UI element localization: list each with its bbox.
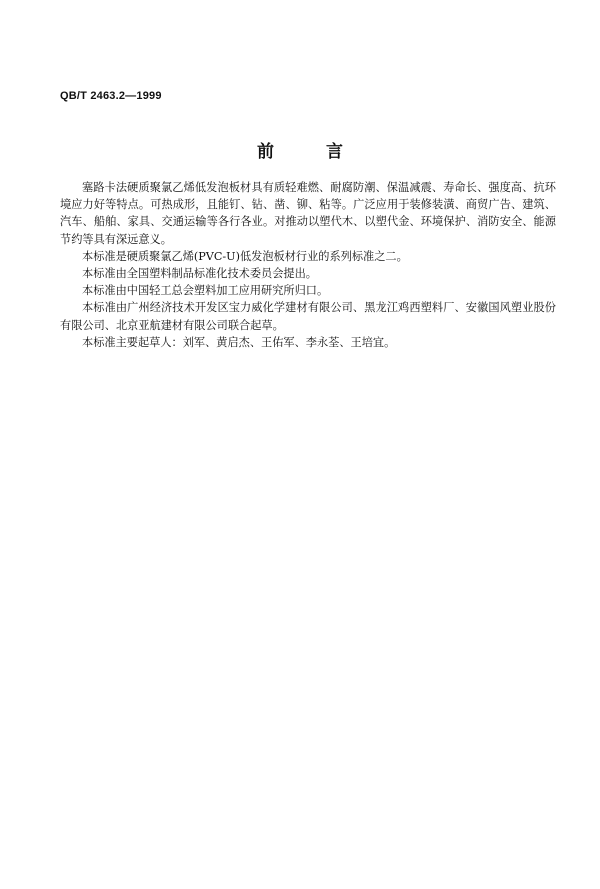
title-char-1: 前 [257, 137, 274, 162]
paragraph-managed-by: 本标准由中国轻工总会塑料加工应用研究所归口。 [60, 282, 556, 299]
foreword-body: 塞路卡法硬质聚氯乙烯低发泡板材具有质轻难燃、耐腐防潮、保温减震、寿命长、强度高、… [60, 179, 556, 351]
paragraph-series-note: 本标准是硬质聚氯乙烯(PVC-U)低发泡板材行业的系列标准之二。 [60, 248, 556, 265]
paragraph-main-drafters: 本标准主要起草人：刘军、黄启杰、王佑军、李永荃、王培宜。 [60, 334, 556, 351]
page-title: 前言 [0, 137, 600, 162]
paragraph-product-description: 塞路卡法硬质聚氯乙烯低发泡板材具有质轻难燃、耐腐防潮、保温减震、寿命长、强度高、… [60, 179, 556, 248]
paragraph-drafted-by: 本标准由广州经济技术开发区宝力威化学建材有限公司、黑龙江鸡西塑料厂、安徽国风塑业… [60, 299, 556, 333]
paragraph-proposed-by: 本标准由全国塑料制品标准化技术委员会提出。 [60, 265, 556, 282]
standard-code: QB/T 2463.2—1999 [60, 90, 162, 102]
title-char-2: 言 [326, 137, 343, 162]
